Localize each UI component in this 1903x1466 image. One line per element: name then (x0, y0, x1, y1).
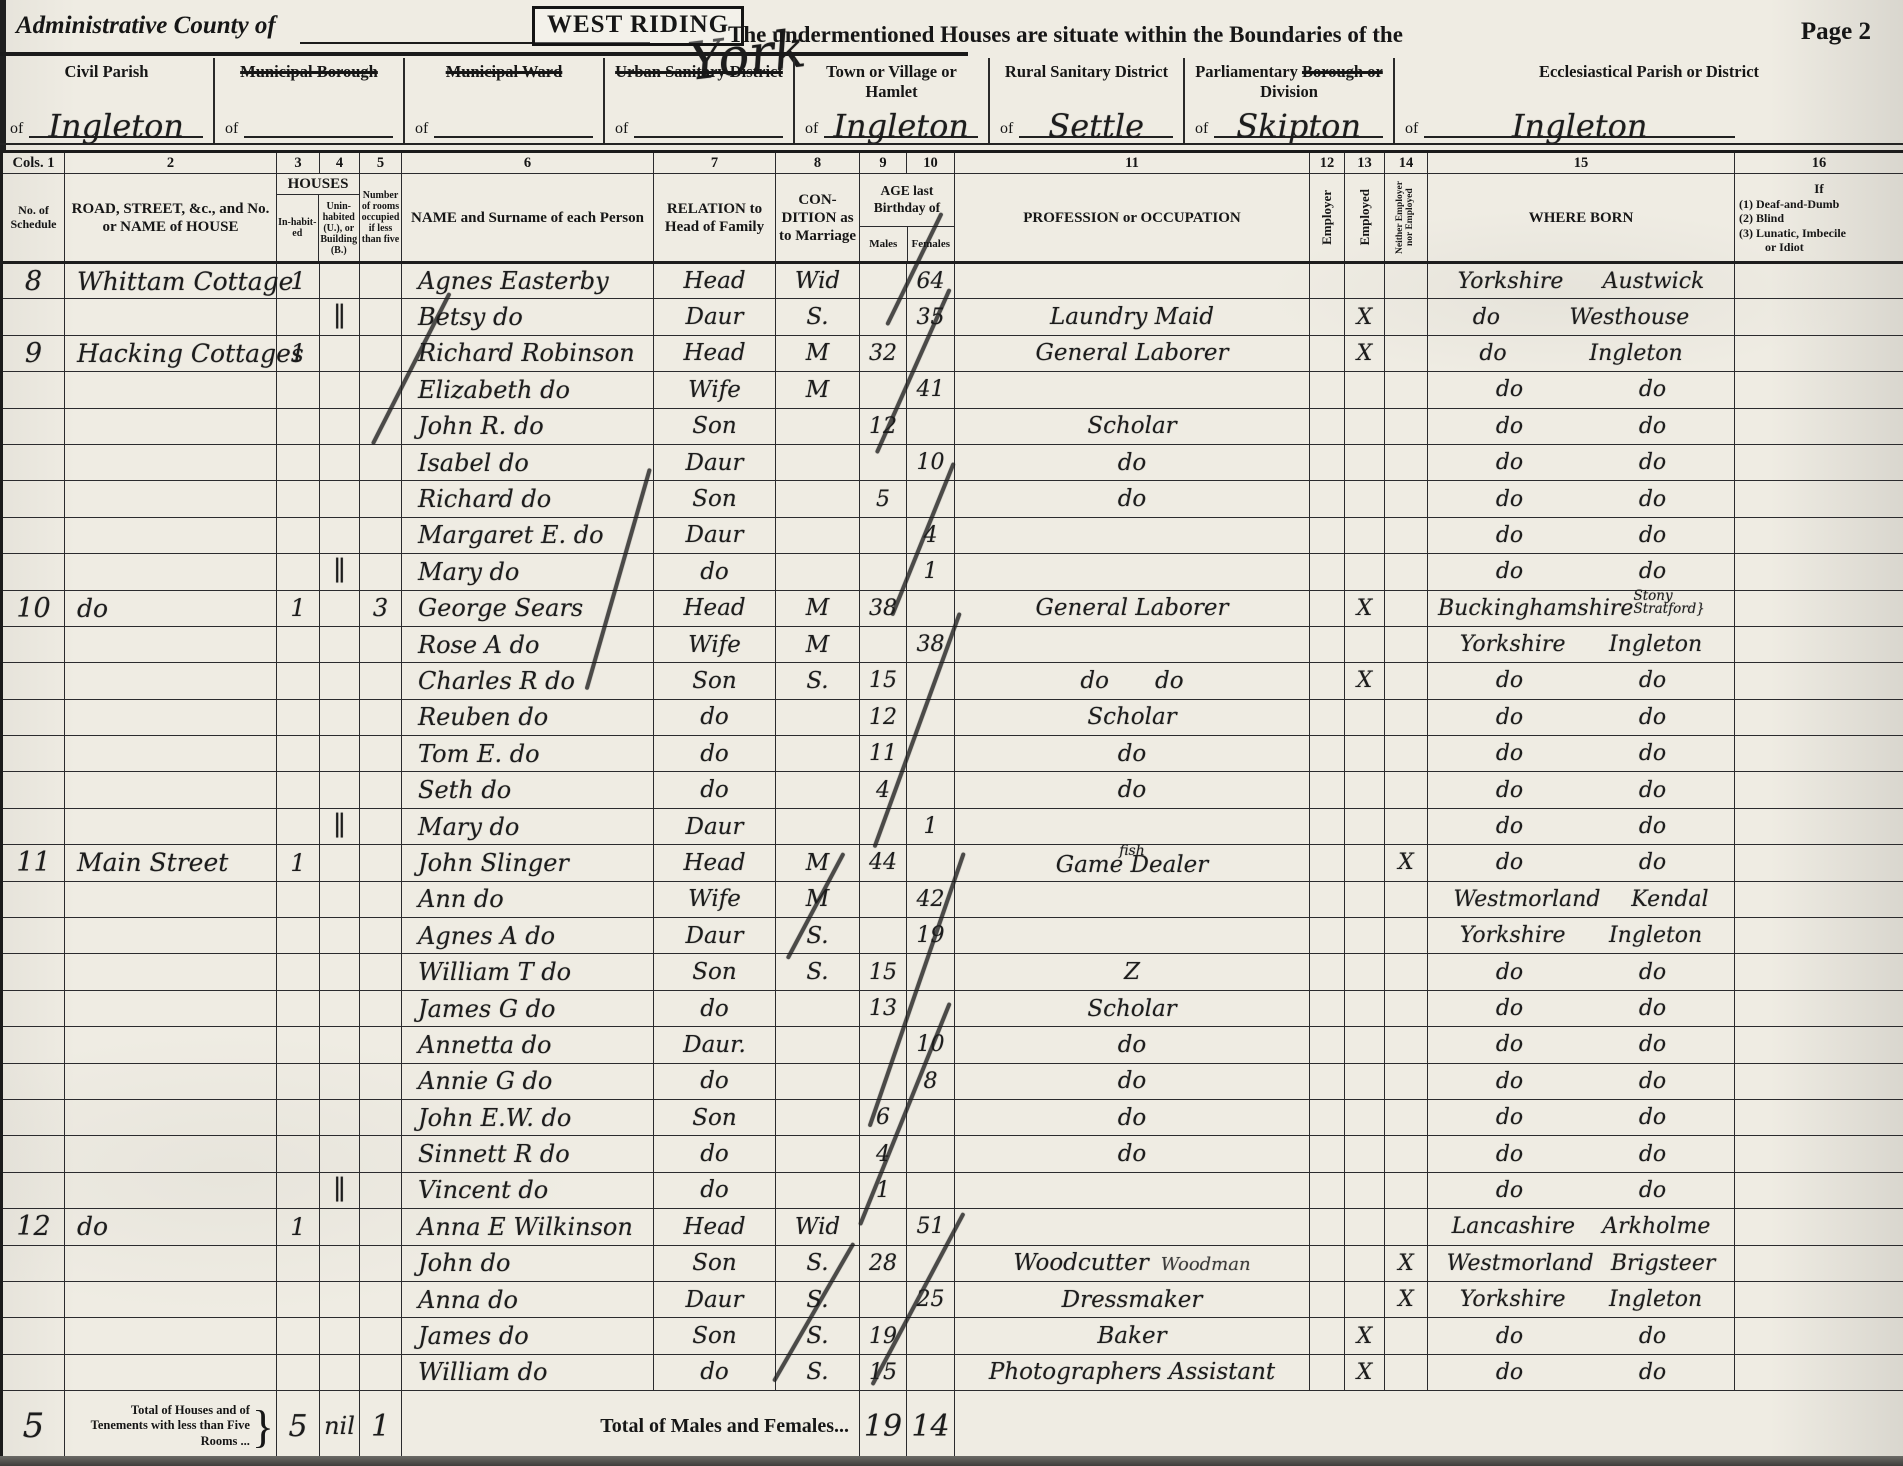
age-female: 51 (907, 1209, 955, 1245)
where-born: dodo (1428, 1318, 1735, 1354)
occupation: do (955, 1136, 1310, 1172)
schedule-number (2, 663, 65, 699)
col-header-occupation: PROFESSION or OCCUPATION (955, 174, 1310, 263)
rooms-count (360, 1281, 402, 1317)
occupation: Scholar (955, 699, 1310, 735)
employed-mark (1345, 1281, 1385, 1317)
table-row: Sinnett R dodo4dododo (2, 1136, 1903, 1172)
table-row: Ann doWifeM42WestmorlandKendal (2, 881, 1903, 917)
employer-mark (1310, 1209, 1345, 1245)
col-header-relation: RELATION to Head of Family (654, 174, 776, 263)
inhabited-mark (277, 1063, 320, 1099)
rooms-count (360, 1245, 402, 1281)
occupation: do do (955, 663, 1310, 699)
relation: do (654, 1172, 776, 1208)
occupation-text: Z (1124, 959, 1140, 985)
inhabited-mark (277, 1099, 320, 1135)
relation: do (654, 554, 776, 590)
person-name: John Slinger (402, 845, 654, 881)
household-end-mark (320, 845, 360, 881)
condition: S. (776, 954, 860, 990)
employer-mark (1310, 299, 1345, 335)
col-num: 8 (776, 152, 860, 174)
employer-mark (1310, 1099, 1345, 1135)
neither-mark (1385, 1099, 1428, 1135)
table-row: ∥Mary doDaur1dodo (2, 808, 1903, 844)
where-born: dodo (1428, 772, 1735, 808)
house-name: do (65, 1209, 277, 1245)
schedule-number (2, 990, 65, 1026)
employed-mark (1345, 626, 1385, 662)
age-female: 10 (907, 1027, 955, 1063)
condition (776, 990, 860, 1026)
house-name (65, 808, 277, 844)
table-row: 12do1Anna E WilkinsonHeadWid51Lancashire… (2, 1209, 1903, 1245)
person-name: Sinnett R do (402, 1136, 654, 1172)
house-name (65, 1172, 277, 1208)
occupation (955, 263, 1310, 299)
infirmity (1735, 736, 1903, 772)
occupation-text: Scholar (1087, 996, 1176, 1022)
rooms-count (360, 554, 402, 590)
rooms-count (360, 1136, 402, 1172)
col-header-infirmity: If (1) Deaf-and-Dumb (2) Blind (3) Lunat… (1735, 174, 1903, 263)
col-num: 9 (860, 152, 907, 174)
rooms-count (360, 1209, 402, 1245)
table-row: Anna doDaurS.25DressmakerXYorkshireIngle… (2, 1281, 1903, 1317)
occupation: do (955, 772, 1310, 808)
house-name (65, 990, 277, 1026)
person-name: James G do (402, 990, 654, 1026)
person-name: Vincent do (402, 1172, 654, 1208)
person-name: William T do (402, 954, 654, 990)
where-born: dodo (1428, 954, 1735, 990)
of-label: of (615, 120, 628, 138)
rooms-count (360, 1172, 402, 1208)
household-end-mark (320, 1136, 360, 1172)
born-place: do (1639, 1324, 1666, 1349)
occupation: Baker (955, 1318, 1310, 1354)
household-end-mark (320, 1354, 360, 1390)
west-riding-stamp: WEST RIDING (532, 6, 744, 46)
born-county: Yorkshire (1460, 923, 1566, 948)
occupation (955, 1209, 1310, 1245)
house-name (65, 1354, 277, 1390)
born-place: Arkholme (1602, 1214, 1710, 1239)
table-row: Elizabeth doWifeM41dodo (2, 372, 1903, 408)
infirmity (1735, 481, 1903, 517)
born-county: Westmorland (1453, 887, 1600, 912)
col-num: 13 (1345, 152, 1385, 174)
inhabited-mark: 1 (277, 845, 320, 881)
rooms-count (360, 990, 402, 1026)
neither-mark (1385, 1063, 1428, 1099)
infirmity (1735, 990, 1903, 1026)
person-name: Anna E Wilkinson (402, 1209, 654, 1245)
infirmity (1735, 1063, 1903, 1099)
table-row: James doSonS.19BakerXdodo (2, 1318, 1903, 1354)
condition (776, 699, 860, 735)
schedule-number (2, 772, 65, 808)
occupation-text: Scholar (1087, 413, 1176, 439)
rooms-count (360, 881, 402, 917)
house-name: do (65, 590, 277, 626)
employer-mark (1310, 1063, 1345, 1099)
age-female: 64 (907, 263, 955, 299)
employer-mark (1310, 881, 1345, 917)
table-row: Charles R doSonS.15do doXdodo (2, 663, 1903, 699)
born-county: do (1496, 668, 1523, 693)
neither-mark (1385, 481, 1428, 517)
born-county: do (1473, 305, 1500, 330)
inhabited-mark (277, 372, 320, 408)
relation: Daur (654, 1281, 776, 1317)
col-header-employed: Employed (1345, 174, 1385, 263)
born-place: do (1639, 1069, 1666, 1094)
person-name: John E.W. do (402, 1099, 654, 1135)
born-county: do (1496, 996, 1523, 1021)
age-female: 1 (907, 808, 955, 844)
condition (776, 1136, 860, 1172)
infirmity (1735, 590, 1903, 626)
of-label: of (1195, 120, 1208, 138)
district-cell: Civil ParishofIngleton (0, 58, 215, 143)
condition: S. (776, 663, 860, 699)
occupation: do (955, 444, 1310, 480)
neither-mark (1385, 554, 1428, 590)
age-male: 6 (860, 1099, 907, 1135)
where-born: dodo (1428, 554, 1735, 590)
born-county: do (1496, 1324, 1523, 1349)
person-name: Seth do (402, 772, 654, 808)
household-end-mark: ∥ (320, 808, 360, 844)
born-place: Brigsteer (1611, 1251, 1716, 1276)
of-label: of (225, 120, 238, 138)
house-name (65, 699, 277, 735)
age-male: 19 (860, 1318, 907, 1354)
district-cell: Rural Sanitary DistrictofSettle (990, 58, 1185, 143)
employer-mark (1310, 736, 1345, 772)
census-table: Cols. 1 2 3 4 5 6 7 8 9 10 11 12 13 14 1… (0, 150, 1903, 1464)
inhabited-mark (277, 954, 320, 990)
person-name: John R. do (402, 408, 654, 444)
household-end-mark (320, 1281, 360, 1317)
born-place: do (1639, 850, 1666, 875)
infirmity (1735, 954, 1903, 990)
relation: Son (654, 1318, 776, 1354)
born-place: do (1639, 559, 1666, 584)
born-county: do (1496, 414, 1523, 439)
schedule-number (2, 444, 65, 480)
employer-mark (1310, 990, 1345, 1026)
rooms-count (360, 1354, 402, 1390)
person-name: Rose A do (402, 626, 654, 662)
neither-mark (1385, 954, 1428, 990)
condition: S. (776, 1354, 860, 1390)
born-county: do (1496, 1032, 1523, 1057)
table-row: Reuben dodo12Scholardodo (2, 699, 1903, 735)
born-place: do (1639, 814, 1666, 839)
brace-glyph: } (252, 1400, 274, 1453)
neither-mark (1385, 808, 1428, 844)
totals-row: 5 Total of Houses and of Tenements with … (2, 1391, 1903, 1463)
age-male: 4 (860, 772, 907, 808)
neither-mark (1385, 590, 1428, 626)
schedule-number (2, 408, 65, 444)
house-name (65, 444, 277, 480)
house-name (65, 517, 277, 553)
age-male (860, 263, 907, 299)
admin-header: Administrative County of York WEST RIDIN… (0, 0, 1903, 56)
col-header-schedule: No. of Schedule (2, 174, 65, 263)
table-row: ∥Mary dodo1dodo (2, 554, 1903, 590)
schedule-number (2, 1172, 65, 1208)
occupation (955, 554, 1310, 590)
employed-mark (1345, 1027, 1385, 1063)
table-row: Tom E. dodo11dododo (2, 736, 1903, 772)
schedule-number (2, 954, 65, 990)
age-female (907, 990, 955, 1026)
person-name: Agnes A do (402, 918, 654, 954)
inhabited-mark (277, 1172, 320, 1208)
born-county: Yorkshire (1458, 269, 1564, 294)
age-female (907, 845, 955, 881)
schedule-number: 9 (2, 335, 65, 371)
person-name: James do (402, 1318, 654, 1354)
household-end-mark (320, 699, 360, 735)
household-end-mark (320, 1318, 360, 1354)
col-header-condition: CON-DITION as to Marriage (776, 174, 860, 263)
of-label: of (805, 120, 818, 138)
age-male: 15 (860, 1354, 907, 1390)
household-end-mark (320, 736, 360, 772)
neither-mark (1385, 517, 1428, 553)
employed-mark (1345, 1063, 1385, 1099)
born-place: Kendal (1631, 887, 1708, 912)
where-born: dodo (1428, 444, 1735, 480)
relation: do (654, 990, 776, 1026)
household-end-mark (320, 772, 360, 808)
employed-mark (1345, 845, 1385, 881)
occupation-text: Baker (1097, 1323, 1166, 1349)
relation: Head (654, 263, 776, 299)
relation: do (654, 1063, 776, 1099)
house-name (65, 408, 277, 444)
household-end-mark (320, 954, 360, 990)
condition: S. (776, 918, 860, 954)
neither-mark: X (1385, 1245, 1428, 1281)
occupation-text: Game Dealer (1056, 852, 1209, 878)
age-female (907, 590, 955, 626)
table-row: William dodoS.15Photographers AssistantX… (2, 1354, 1903, 1390)
col-num: Cols. 1 (2, 152, 65, 174)
condition (776, 517, 860, 553)
table-row: 10do13George SearsHeadM38General Laborer… (2, 590, 1903, 626)
born-place: do (1639, 414, 1666, 439)
relation: Head (654, 590, 776, 626)
relation: do (654, 1136, 776, 1172)
household-end-mark (320, 1245, 360, 1281)
born-county: do (1496, 1178, 1523, 1203)
age-male: 4 (860, 1136, 907, 1172)
age-male (860, 881, 907, 917)
where-born: WestmorlandBrigsteer (1428, 1245, 1735, 1281)
condition: S. (776, 299, 860, 335)
neither-mark (1385, 736, 1428, 772)
schedule-number (2, 699, 65, 735)
col-header-neither: Neither Employer nor Employed (1385, 174, 1428, 263)
condition: Wid (776, 1209, 860, 1245)
relation: Head (654, 845, 776, 881)
col-num: 15 (1428, 152, 1735, 174)
rooms-count (360, 736, 402, 772)
occupation-text: General Laborer (1036, 595, 1229, 621)
occupation: do (955, 1027, 1310, 1063)
house-name (65, 554, 277, 590)
born-county: do (1496, 741, 1523, 766)
table-row: James G dodo13Scholardodo (2, 990, 1903, 1026)
born-county: do (1496, 960, 1523, 985)
rooms-count (360, 699, 402, 735)
condition (776, 444, 860, 480)
house-name (65, 918, 277, 954)
employer-mark (1310, 1318, 1345, 1354)
occupation: Scholar (955, 408, 1310, 444)
where-born: YorkshireIngleton (1428, 1281, 1735, 1317)
born-county: do (1496, 778, 1523, 803)
relation: do (654, 699, 776, 735)
where-born: dodo (1428, 699, 1735, 735)
col-header-houses: HOUSES In-habit-ed Unin-habited (U.), or… (277, 174, 360, 263)
employed-mark (1345, 1172, 1385, 1208)
age-female (907, 1318, 955, 1354)
relation: do (654, 1354, 776, 1390)
employer-mark (1310, 1281, 1345, 1317)
born-place: Ingleton (1589, 341, 1682, 366)
schedule-number (2, 1354, 65, 1390)
where-born: dodo (1428, 1027, 1735, 1063)
age-male (860, 444, 907, 480)
condition: S. (776, 1245, 860, 1281)
born-place: do (1639, 1360, 1666, 1385)
schedule-number (2, 1027, 65, 1063)
age-male: 15 (860, 663, 907, 699)
occupation (955, 881, 1310, 917)
employer-mark (1310, 481, 1345, 517)
inhabited-mark (277, 663, 320, 699)
age-male: 44 (860, 845, 907, 881)
house-name (65, 299, 277, 335)
rooms-count (360, 772, 402, 808)
inhabited-mark (277, 408, 320, 444)
born-place: do (1639, 741, 1666, 766)
born-place: do (1639, 1178, 1666, 1203)
rooms-count (360, 1063, 402, 1099)
rooms-count (360, 1027, 402, 1063)
where-born: BuckinghamshireStony Stratford} (1428, 590, 1735, 626)
condition: M (776, 372, 860, 408)
relation: Daur (654, 444, 776, 480)
infirmity (1735, 408, 1903, 444)
schedule-number (2, 1281, 65, 1317)
employed-mark (1345, 1245, 1385, 1281)
where-born: dodo (1428, 736, 1735, 772)
employer-mark (1310, 335, 1345, 371)
house-name (65, 1136, 277, 1172)
house-name (65, 1063, 277, 1099)
occupation: WoodcutterWoodman (955, 1245, 1310, 1281)
district-label: Municipal Borough (215, 62, 403, 104)
age-male: 11 (860, 736, 907, 772)
where-born: dodo (1428, 808, 1735, 844)
employed-mark: X (1345, 590, 1385, 626)
column-number-row: Cols. 1 2 3 4 5 6 7 8 9 10 11 12 13 14 1… (2, 152, 1903, 174)
occupation: do (955, 736, 1310, 772)
born-county: Buckinghamshire (1438, 596, 1633, 621)
employed-mark: X (1345, 299, 1385, 335)
age-male (860, 626, 907, 662)
age-female (907, 1354, 955, 1390)
table-row: John E.W. doSon6dododo (2, 1099, 1903, 1135)
col-num: 11 (955, 152, 1310, 174)
of-label: of (10, 120, 23, 138)
person-name: Reuben do (402, 699, 654, 735)
col-num: 14 (1385, 152, 1428, 174)
boundary-text: The undermentioned Houses are situate wi… (728, 22, 1403, 48)
person-name: Charles R do (402, 663, 654, 699)
relation: do (654, 772, 776, 808)
rooms-count (360, 372, 402, 408)
born-county: Yorkshire (1460, 1287, 1566, 1312)
neither-mark (1385, 1027, 1428, 1063)
district-cell: Municipal Boroughof (215, 58, 405, 143)
person-name: Elizabeth do (402, 372, 654, 408)
district-row: Civil ParishofIngletonMunicipal Borougho… (0, 58, 1903, 143)
person-name: William do (402, 1354, 654, 1390)
schedule-number (2, 881, 65, 917)
schedule-number (2, 517, 65, 553)
relation: Daur (654, 918, 776, 954)
occupation-text: Scholar (1087, 704, 1176, 730)
house-name (65, 1099, 277, 1135)
table-row: John doSonS.28WoodcutterWoodmanXWestmorl… (2, 1245, 1903, 1281)
where-born: doWesthouse (1428, 299, 1735, 335)
employed-mark (1345, 954, 1385, 990)
employer-mark (1310, 1354, 1345, 1390)
infirmity (1735, 1209, 1903, 1245)
table-row: Annetta doDaur.10dododo (2, 1027, 1903, 1063)
schedule-number (2, 1245, 65, 1281)
condition (776, 1099, 860, 1135)
household-end-mark (320, 918, 360, 954)
condition (776, 554, 860, 590)
age-male (860, 1209, 907, 1245)
col-header-females: Females (908, 227, 955, 261)
employer-mark (1310, 590, 1345, 626)
inhabited-mark (277, 1281, 320, 1317)
house-name (65, 626, 277, 662)
household-end-mark (320, 1099, 360, 1135)
household-end-mark (320, 444, 360, 480)
inhabited-total: 5 (277, 1391, 320, 1463)
infirmity (1735, 1027, 1903, 1063)
where-born: dodo (1428, 1172, 1735, 1208)
col-header-road: ROAD, STREET, &c., and No. or NAME of HO… (65, 174, 277, 263)
household-end-mark (320, 881, 360, 917)
neither-mark (1385, 444, 1428, 480)
age-male (860, 517, 907, 553)
age-male: 12 (860, 699, 907, 735)
